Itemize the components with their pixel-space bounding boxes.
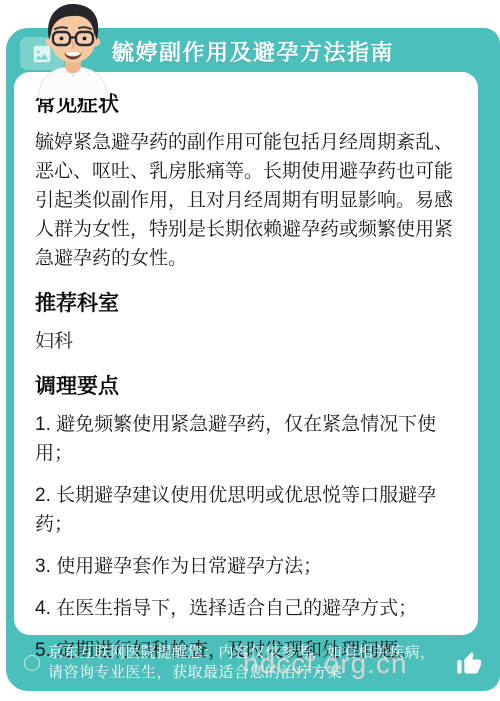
list-item: 2. 长期避孕建议使用优思明或优思悦等口服避孕药； bbox=[35, 481, 457, 539]
symptoms-paragraph: 毓婷紧急避孕药的副作用可能包括月经周期紊乱、恶心、呕吐、乳房胀痛等。长期使用避孕… bbox=[35, 128, 457, 273]
thumbs-up-icon bbox=[455, 649, 483, 677]
department-paragraph: 妇科 bbox=[35, 327, 457, 356]
info-circle-icon bbox=[24, 655, 40, 671]
list-item: 4. 在医生指导下，选择适合自己的避孕方式； bbox=[35, 594, 457, 623]
list-item: 1. 避免频繁使用紧急避孕药，仅在紧急情况下使用； bbox=[35, 410, 457, 468]
list-item: 3. 使用避孕套作为日常避孕方法； bbox=[35, 552, 457, 581]
doctor-avatar bbox=[30, 2, 116, 98]
thumbs-up-button[interactable] bbox=[452, 646, 486, 680]
page-title: 毓婷副作用及避孕方法指南 bbox=[112, 36, 394, 67]
section-heading-care-points: 调理要点 bbox=[35, 370, 457, 400]
disclaimer-text: 京东互联网医院提醒您：内容仅供参考，如有相关疾病，请咨询专业医生，获取最适合您的… bbox=[48, 643, 450, 683]
section-heading-department: 推荐科室 bbox=[35, 287, 457, 317]
content-card: 常见症状 毓婷紧急避孕药的副作用可能包括月经周期紊乱、恶心、呕吐、乳房胀痛等。长… bbox=[14, 72, 478, 635]
footer: 京东互联网医院提醒您：内容仅供参考，如有相关疾病，请咨询专业医生，获取最适合您的… bbox=[6, 635, 500, 691]
care-points-list: 1. 避免频繁使用紧急避孕药，仅在紧急情况下使用； 2. 长期避孕建议使用优思明… bbox=[35, 410, 457, 665]
